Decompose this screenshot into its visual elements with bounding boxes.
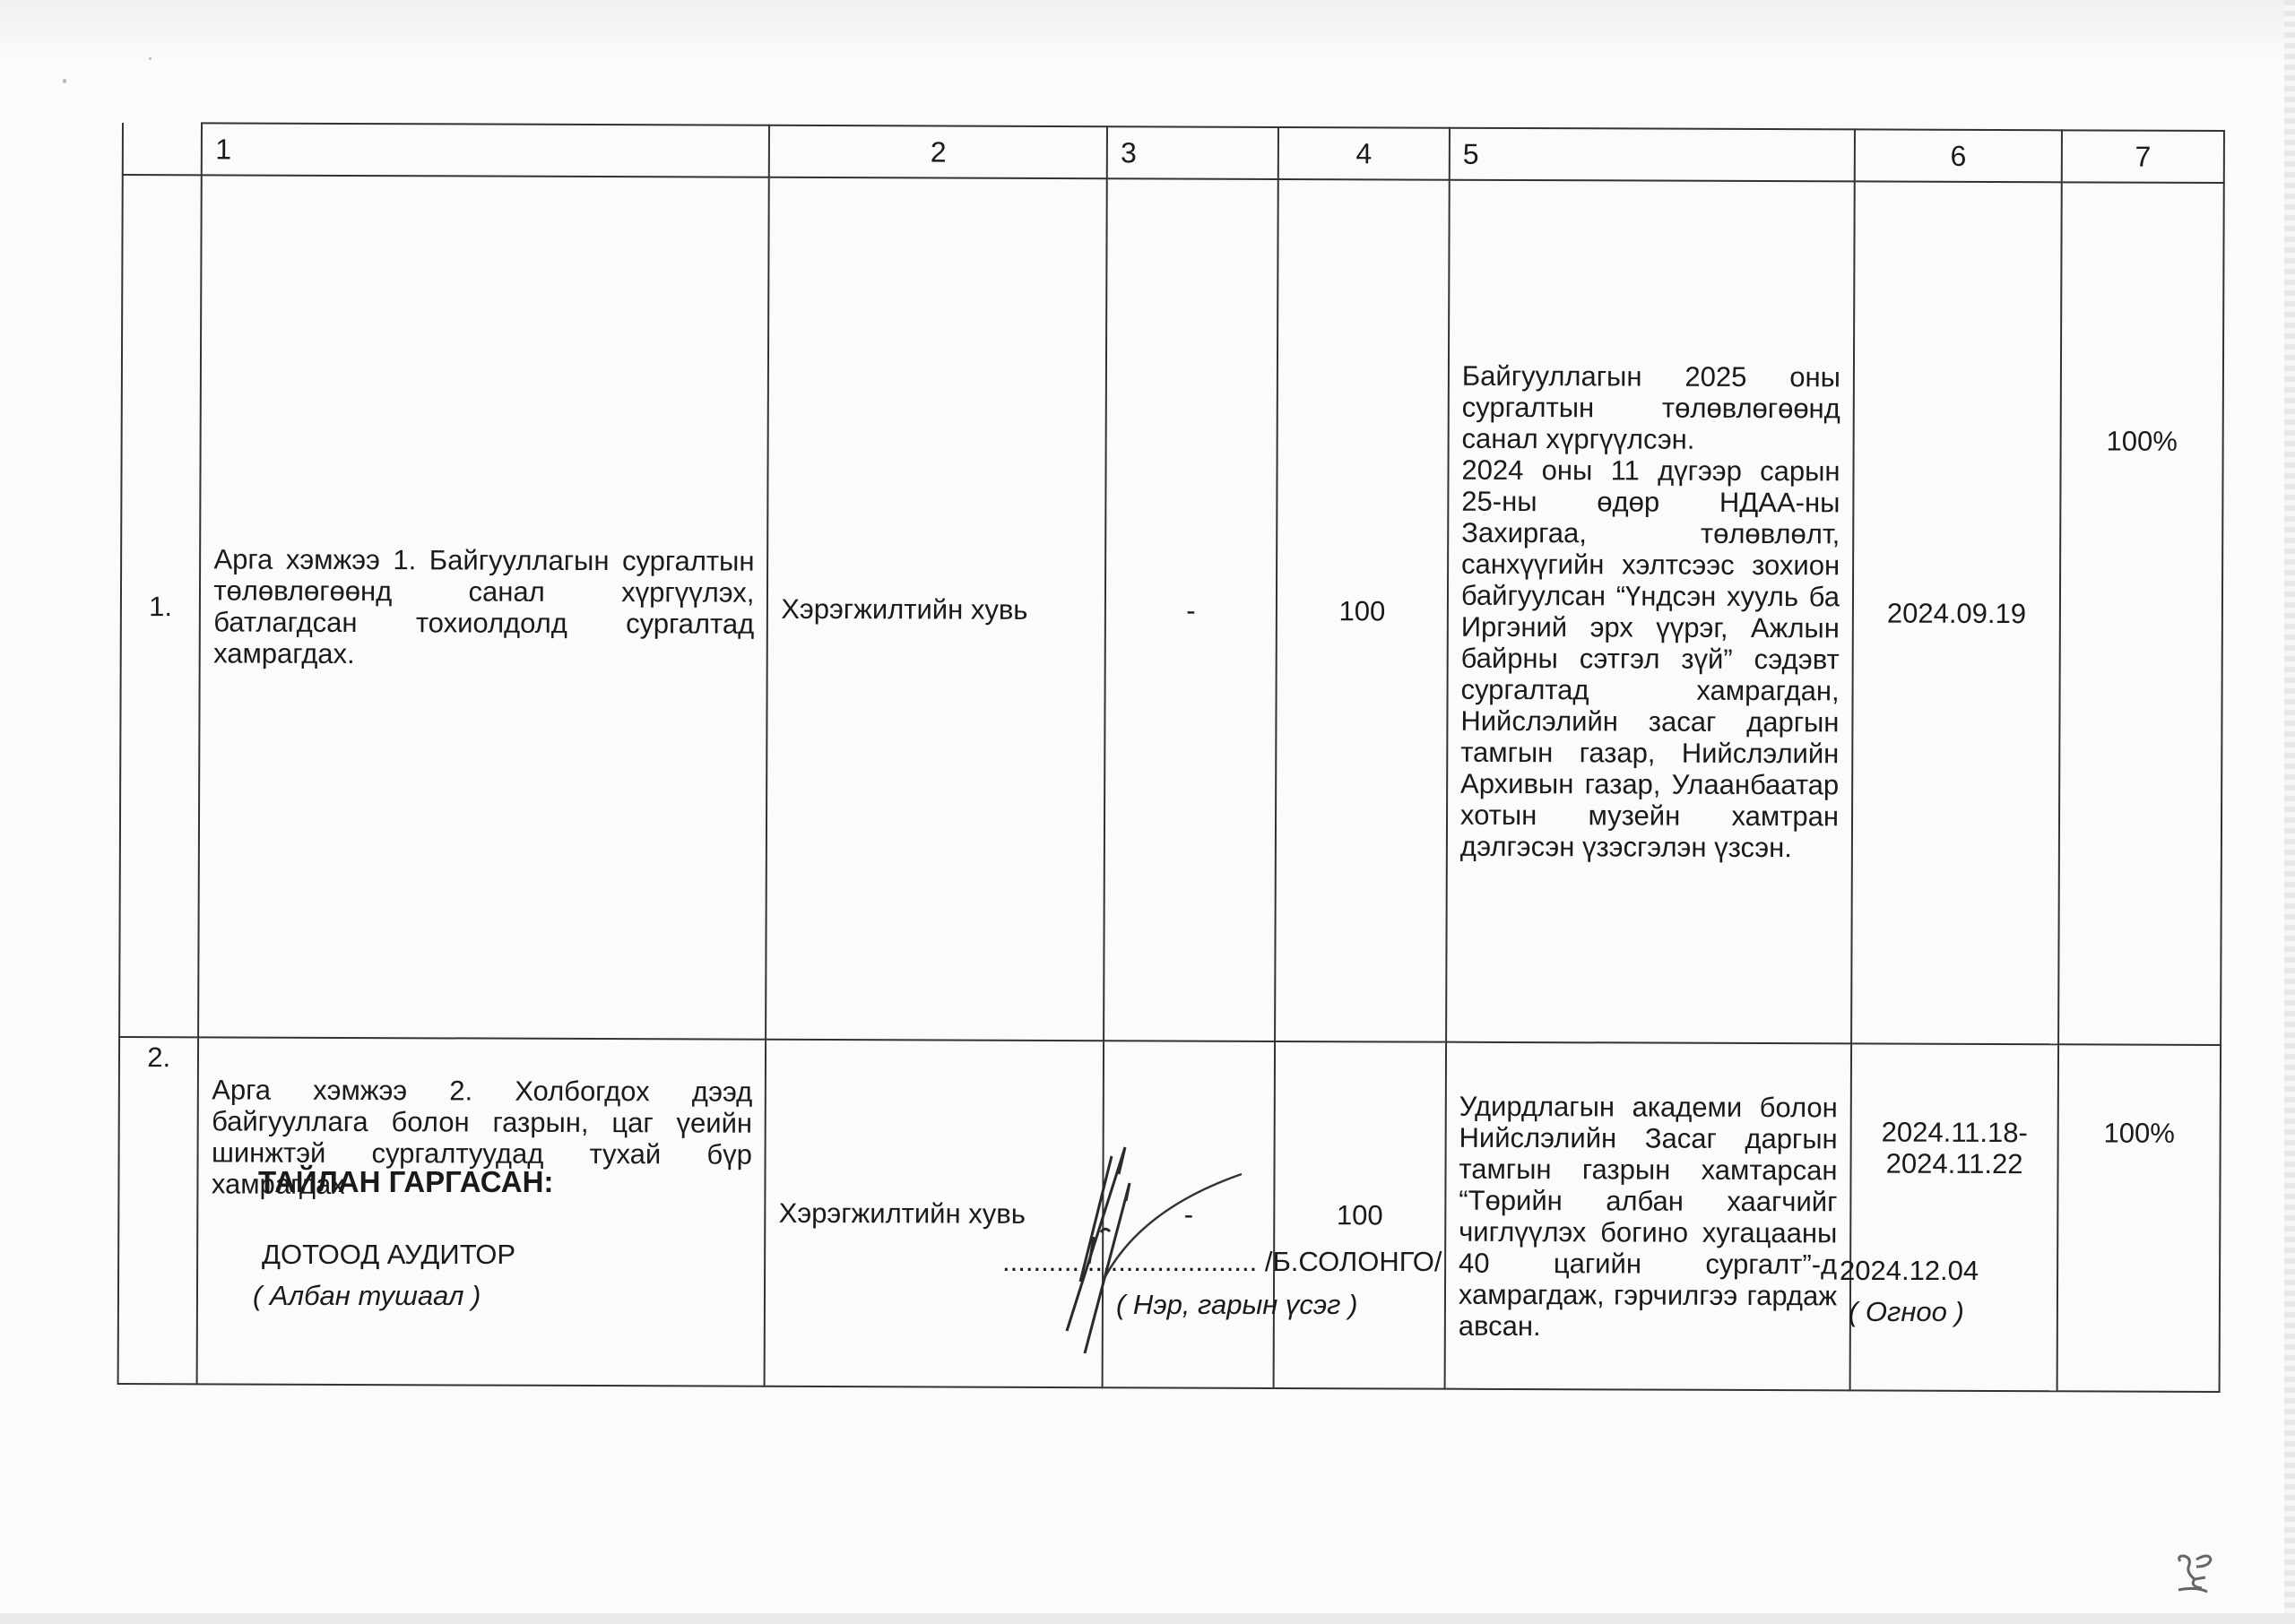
baseline-cell: -	[1104, 178, 1278, 1041]
date-from: 2024.11.18-	[1865, 1116, 2045, 1148]
scan-speck	[149, 57, 152, 60]
column-number: 7	[2062, 130, 2224, 183]
target-cell: 100	[1274, 1041, 1446, 1389]
column-number: 2	[769, 125, 1107, 178]
page-number-mark-icon	[2169, 1542, 2223, 1604]
date-range-cell: 2024.11.18- 2024.11.22	[1850, 1043, 2059, 1391]
column-number-blank	[123, 123, 203, 175]
report-author-heading: ТАЙЛАН ГАРГАСАН:	[258, 1165, 553, 1199]
row-number: 2.	[118, 1037, 199, 1384]
result-line: 2024 оны 11 дүгээр сарын 25-ны өдөр НДАА…	[1460, 454, 1840, 864]
result-cell: Удирдлагын академи болон Нийслэлийн Заса…	[1445, 1042, 1852, 1391]
indicator-cell: Хэрэгжилтийн хувь	[766, 177, 1106, 1041]
position-caption: ( Албан тушаал )	[253, 1280, 481, 1312]
table-row: 1. Арга хэмжээ 1. Байгууллагын сургалтын…	[119, 175, 2224, 1045]
completion-cell: 100%	[2058, 182, 2224, 1045]
target-cell: 100	[1275, 179, 1450, 1042]
row-number: 1.	[119, 175, 202, 1037]
signature-icon	[1040, 1138, 1273, 1353]
activity-cell: Арга хэмжээ 1. Байгууллагын сургалтын тө…	[198, 175, 769, 1039]
completion-cell: 100%	[2057, 1044, 2221, 1392]
activity-cell: Арга хэмжээ 2. Холбогдох дээд байгууллаг…	[197, 1037, 766, 1386]
column-number: 3	[1107, 126, 1278, 179]
author-position: ДОТООД АУДИТОР	[262, 1239, 515, 1271]
column-number-row: 1 2 3 4 5 6 7	[123, 123, 2224, 183]
column-number: 5	[1450, 128, 1855, 182]
scan-bottom-edge	[0, 1613, 2295, 1624]
result-cell: Байгууллагын 2025 оны сургалтын төлөвлөг…	[1446, 180, 1855, 1044]
result-line: Удирдлагын академи болон Нийслэлийн Заса…	[1459, 1090, 1838, 1343]
column-number: 6	[1855, 129, 2062, 182]
scan-speck	[63, 79, 66, 83]
date-to: 2024.11.22	[1865, 1147, 2045, 1179]
column-number: 1	[202, 123, 769, 177]
report-date: 2024.12.04	[1840, 1255, 1979, 1287]
scan-top-shade	[0, 0, 2295, 63]
date-caption: ( Огноо )	[1849, 1296, 1964, 1328]
column-number: 4	[1278, 127, 1450, 180]
result-line: Байгууллагын 2025 оны сургалтын төлөвлөг…	[1462, 360, 1841, 456]
scan-right-edge	[2284, 0, 2295, 1624]
date-cell: 2024.09.19	[1851, 181, 2062, 1044]
